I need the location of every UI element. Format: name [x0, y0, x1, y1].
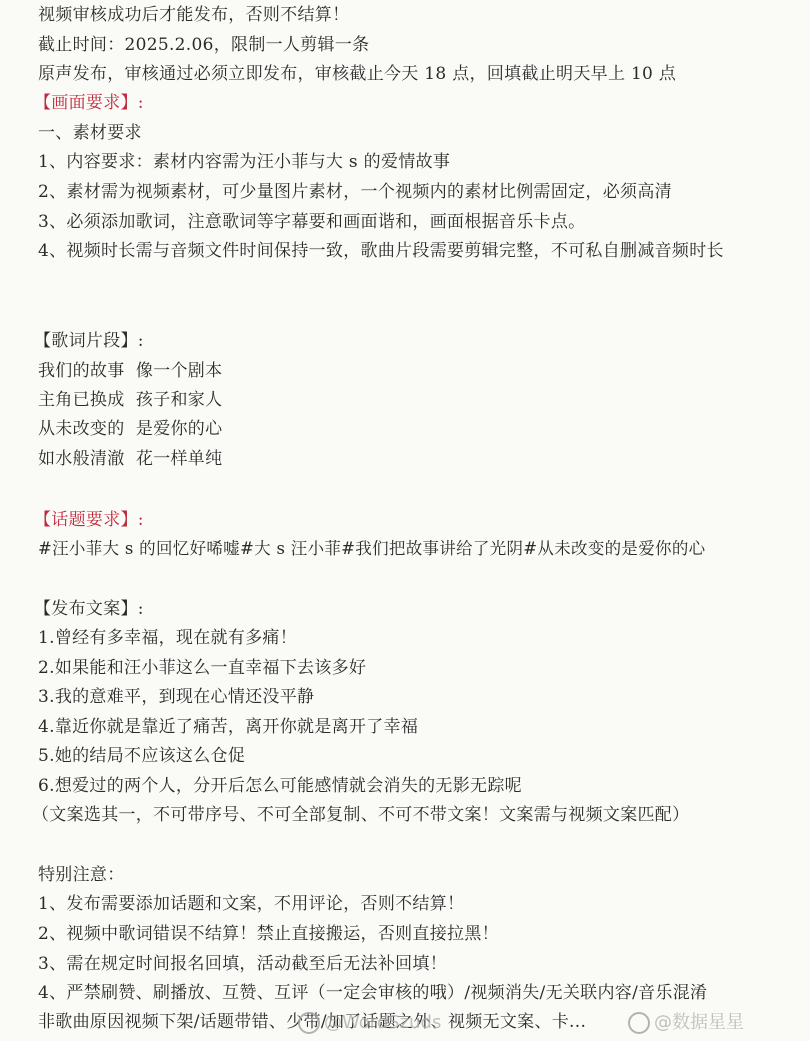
intro-line-review: 视频审核成功后才能发布，否则不结算！ — [38, 0, 349, 30]
caption-item: 3.我的意难平，到现在心情还没平静 — [38, 682, 314, 712]
lyric-line: 从未改变的 是爱你的心 — [38, 414, 222, 444]
visual-requirement-item: 3、必须添加歌词，注意歌词等字幕要和画面谐和，画面根据音乐卡点。 — [38, 207, 585, 237]
section-header-topics: 【话题要求】: — [34, 505, 144, 535]
intro-line-publish-rules: 原声发布，审核通过必须立即发布，审核截止今天 18 点，回填截止明天早上 10 … — [38, 59, 676, 89]
visual-requirement-item: 1、内容要求：素材内容需为汪小菲与大 s 的爱情故事 — [38, 147, 450, 177]
watermark-weibo-2: @数据星星 — [628, 1010, 744, 1036]
caption-item: 4.靠近你就是靠近了痛苦，离开你就是离开了幸福 — [38, 712, 418, 742]
caption-item: 1.曾经有多幸福，现在就有多痛！ — [38, 623, 297, 653]
visual-requirement-item: 4、视频时长需与音频文件时间保持一致，歌曲片段需要剪辑完整，不可私自删减音频时长 — [38, 236, 724, 266]
special-note-item: 4、严禁刷赞、刷播放、互赞、互评（一定会审核的哦）/视频消失/无关联内容/音乐混… — [38, 978, 707, 1008]
lyric-line: 我们的故事 像一个剧本 — [38, 356, 222, 386]
watermark-text: @WordSzuds — [324, 1012, 441, 1033]
caption-item: 5.她的结局不应该这么仓促 — [38, 741, 245, 771]
lyric-line: 主角已换成 孩子和家人 — [38, 385, 222, 415]
lyric-line: 如水般清澈 花一样单纯 — [38, 444, 222, 474]
watermark-weibo-1: @WordSzuds — [298, 1010, 441, 1036]
special-note-item: 3、需在规定时间报名回填，活动截至后无法补回填！ — [38, 949, 447, 979]
watermark-text: @数据星星 — [654, 1012, 744, 1033]
caption-item: 6.想爱过的两个人，分开后怎么可能感情就会消失的无影无踪呢 — [38, 771, 522, 801]
caption-item: 2.如果能和汪小菲这么一直幸福下去该多好 — [38, 653, 366, 683]
special-note-item: 1、发布需要添加话题和文案，不用评论，否则不结算！ — [38, 889, 464, 919]
visual-requirement-item: 2、素材需为视频素材，可少量图片素材，一个视频内的素材比例需固定，必须高清 — [38, 177, 672, 207]
special-note-item: 2、视频中歌词错误不结算！禁止直接搬运，否则直接拉黑！ — [38, 919, 499, 949]
section-header-visual-requirements: 【画面要求】: — [34, 88, 144, 118]
intro-line-deadline: 截止时间：2025.2.06，限制一人剪辑一条 — [38, 30, 369, 60]
section-header-lyrics: 【歌词片段】: — [34, 326, 144, 356]
weibo-logo-icon — [628, 1012, 650, 1034]
weibo-logo-icon — [298, 1012, 320, 1034]
subheader-material-requirements: 一、素材要求 — [38, 118, 142, 148]
topic-hashtags: #汪小菲大 s 的回忆好唏嘘#大 s 汪小菲#我们把故事讲给了光阴#从未改变的是… — [38, 534, 705, 564]
caption-note: （文案选其一，不可带序号、不可全部复制、不可不带文案！文案需与视频文案匹配） — [32, 800, 689, 830]
section-header-special-notes: 特别注意： — [38, 860, 125, 890]
section-header-captions: 【发布文案】: — [34, 594, 144, 624]
